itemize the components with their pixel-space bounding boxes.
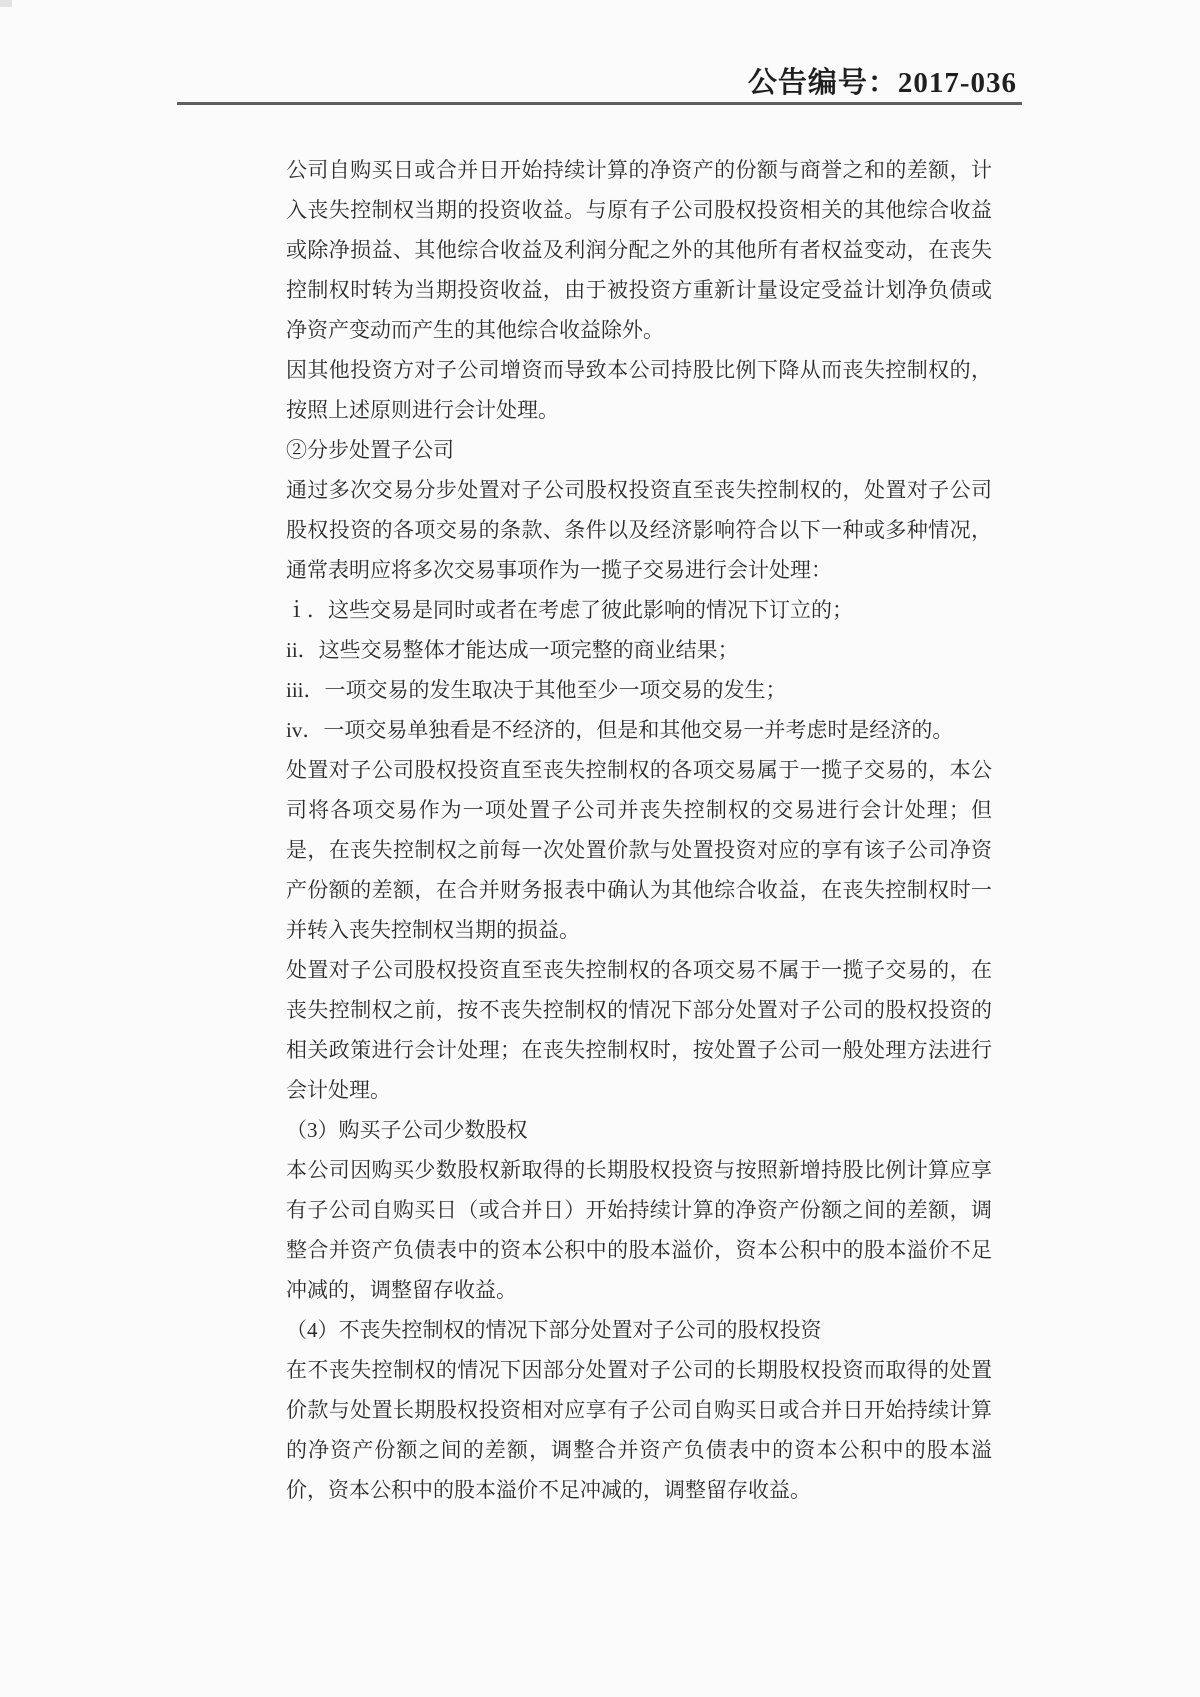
paragraph-non-package-deal-treatment: 处置对子公司股权投资直至丧失控制权的各项交易不属于一揽子交易的，在丧失控制权之前… [286, 950, 992, 1110]
list-item-ii: ii．这些交易整体才能达成一项完整的商业结果； [286, 630, 992, 670]
paragraph-loss-of-control-diff: 公司自购买日或合并日开始持续计算的净资产的份额与商誉之和的差额，计入丧失控制权当… [286, 150, 992, 350]
header-divider [177, 102, 1022, 105]
announcement-number: 公告编号：2017-036 [748, 60, 1017, 101]
document-page: 公告编号：2017-036 公司自购买日或合并日开始持续计算的净资产的份额与商誉… [0, 0, 1200, 1697]
list-item-i: ｉ．这些交易是同时或者在考虑了彼此影响的情况下订立的； [286, 590, 992, 630]
heading-partial-disposal-no-loss: （4）不丧失控制权的情况下部分处置对子公司的股权投资 [286, 1310, 992, 1350]
paragraph-multiple-transactions: 通过多次交易分步处置对子公司股权投资直至丧失控制权的，处置对子公司股权投资的各项… [286, 470, 992, 590]
paragraph-minority-interest-diff: 本公司因购买少数股权新取得的长期股权投资与按照新增持股比例计算应享有子公司自购买… [286, 1150, 992, 1310]
heading-step-disposal-of-subsidiary: ②分步处置子公司 [286, 430, 992, 470]
list-item-iii: iii．一项交易的发生取决于其他至少一项交易的发生； [286, 670, 992, 710]
paragraph-partial-disposal-diff: 在不丧失控制权的情况下因部分处置对子公司的长期股权投资而取得的处置价款与处置长期… [286, 1350, 992, 1510]
scan-artifact [0, 0, 12, 7]
paragraph-capital-increase-dilution: 因其他投资方对子公司增资而导致本公司持股比例下降从而丧失控制权的，按照上述原则进… [286, 350, 992, 430]
list-item-iv: iv．一项交易单独看是不经济的，但是和其他交易一并考虑时是经济的。 [286, 710, 992, 750]
paragraph-package-deal-treatment: 处置对子公司股权投资直至丧失控制权的各项交易属于一揽子交易的，本公司将各项交易作… [286, 750, 992, 950]
heading-purchase-minority-interest: （3）购买子公司少数股权 [286, 1110, 992, 1150]
document-body: 公司自购买日或合并日开始持续计算的净资产的份额与商誉之和的差额，计入丧失控制权当… [286, 150, 992, 1510]
